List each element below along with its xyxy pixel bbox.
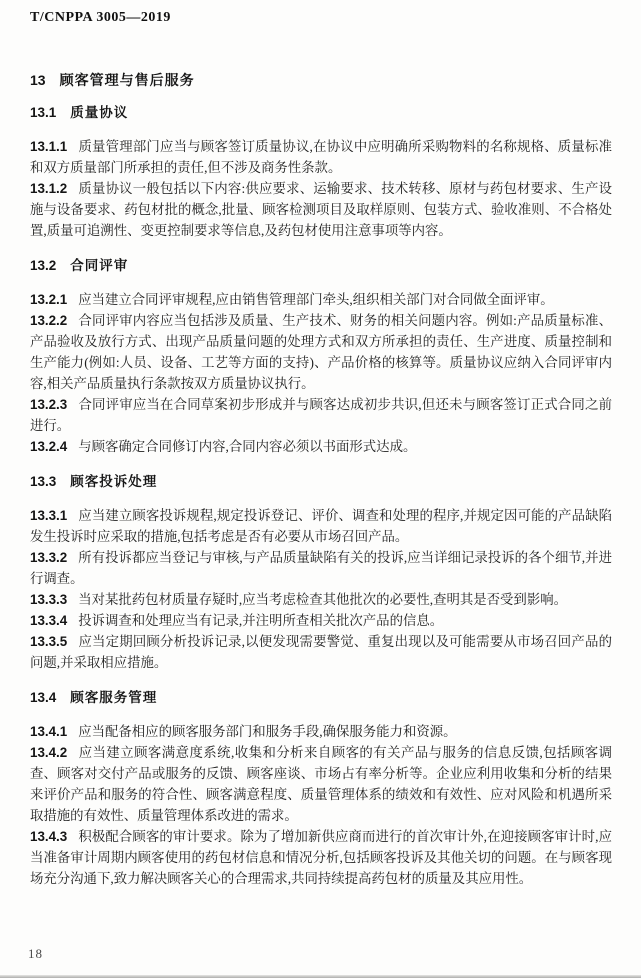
section-quality-agreement: 13.1质量协议 13.1.1质量管理部门应当与顾客签订质量协议,在协议中应明确… [30, 105, 612, 241]
clause-number: 13.3.4 [30, 613, 78, 628]
clause: 13.4.1应当配备相应的顾客服务部门和服务手段,确保服务能力和资源。 [30, 721, 612, 742]
clause-number: 13.3.5 [30, 634, 78, 649]
section-number: 13.3 [30, 474, 70, 489]
section-heading: 13.1质量协议 [30, 105, 612, 121]
section-number: 13.2 [30, 258, 70, 273]
clause-number: 13.3.3 [30, 592, 78, 607]
chapter-title: 顾客管理与售后服务 [60, 72, 195, 88]
document-page: T/CNPPA 3005—2019 13顾客管理与售后服务 13.1质量协议 1… [0, 0, 641, 978]
clause: 13.3.4投诉调查和处理应当有记录,并注明所查相关批次产品的信息。 [30, 610, 612, 631]
page-number: 18 [28, 946, 43, 962]
clause: 13.1.1质量管理部门应当与顾客签订质量协议,在协议中应明确所采购物料的名称规… [30, 136, 612, 178]
clause-text: 当对某批药包材质量存疑时,应当考虑检查其他批次的必要性,查明其是否受到影响。 [78, 592, 567, 607]
section-customer-complaints: 13.3顾客投诉处理 13.3.1应当建立顾客投诉规程,规定投诉登记、评价、调查… [30, 474, 612, 673]
clause: 13.3.2所有投诉都应当登记与审核,与产品质量缺陷有关的投诉,应当详细记录投诉… [30, 547, 612, 589]
clause-text: 应当建立合同评审规程,应由销售管理部门牵头,组织相关部门对合同做全面评审。 [78, 292, 553, 307]
clause-text: 积极配合顾客的审计要求。除为了增加新供应商而进行的首次审计外,在迎接顾客审计时,… [30, 829, 612, 886]
clause-text: 应当建立顾客满意度系统,收集和分析来自顾客的有关产品与服务的信息反馈,包括顾客调… [30, 745, 612, 823]
clause-text: 应当建立顾客投诉规程,规定投诉登记、评价、调查和处理的程序,并规定因可能的产品缺… [30, 508, 612, 544]
clause-text: 合同评审内容应当包括涉及质量、生产技术、财务的相关问题内容。例如:产品质量标准、… [30, 313, 612, 391]
section-number: 13.4 [30, 690, 70, 705]
section-customer-service: 13.4顾客服务管理 13.4.1应当配备相应的顾客服务部门和服务手段,确保服务… [30, 690, 612, 889]
clause-text: 与顾客确定合同修订内容,合同内容必须以书面形式达成。 [78, 439, 416, 454]
clause: 13.3.3当对某批药包材质量存疑时,应当考虑检查其他批次的必要性,查明其是否受… [30, 589, 612, 610]
section-heading: 13.2合同评审 [30, 258, 612, 274]
clause-text: 应当配备相应的顾客服务部门和服务手段,确保服务能力和资源。 [78, 724, 456, 739]
section-title: 顾客投诉处理 [70, 474, 157, 489]
clause-number: 13.2.1 [30, 292, 78, 307]
clause: 13.4.3积极配合顾客的审计要求。除为了增加新供应商而进行的首次审计外,在迎接… [30, 826, 612, 889]
clause-number: 13.1.2 [30, 181, 78, 196]
clause: 13.1.2质量协议一般包括以下内容:供应要求、运输要求、技术转移、原材与药包材… [30, 178, 612, 241]
section-heading: 13.3顾客投诉处理 [30, 474, 612, 490]
chapter-number: 13 [30, 72, 60, 88]
clause-text: 质量协议一般包括以下内容:供应要求、运输要求、技术转移、原材与药包材要求、生产设… [30, 181, 612, 238]
clause-number: 13.4.2 [30, 745, 78, 760]
clause-number: 13.2.3 [30, 397, 78, 412]
clause-text: 投诉调查和处理应当有记录,并注明所查相关批次产品的信息。 [78, 613, 443, 628]
clause-text: 合同评审应当在合同草案初步形成并与顾客达成初步共识,但还未与顾客签订正式合同之前… [30, 397, 612, 433]
clause: 13.4.2应当建立顾客满意度系统,收集和分析来自顾客的有关产品与服务的信息反馈… [30, 742, 612, 826]
document-code: T/CNPPA 3005—2019 [30, 10, 612, 26]
clause-number: 13.2.4 [30, 439, 78, 454]
section-title: 质量协议 [70, 105, 128, 120]
clause: 13.2.4与顾客确定合同修订内容,合同内容必须以书面形式达成。 [30, 436, 612, 457]
clause-number: 13.3.2 [30, 550, 78, 565]
clause: 13.3.1应当建立顾客投诉规程,规定投诉登记、评价、调查和处理的程序,并规定因… [30, 505, 612, 547]
clause: 13.2.3合同评审应当在合同草案初步形成并与顾客达成初步共识,但还未与顾客签订… [30, 394, 612, 436]
clause-number: 13.4.3 [30, 829, 78, 844]
clause-text: 所有投诉都应当登记与审核,与产品质量缺陷有关的投诉,应当详细记录投诉的各个细节,… [30, 550, 612, 586]
section-heading: 13.4顾客服务管理 [30, 690, 612, 706]
clause: 13.2.2合同评审内容应当包括涉及质量、生产技术、财务的相关问题内容。例如:产… [30, 310, 612, 394]
section-contract-review: 13.2合同评审 13.2.1应当建立合同评审规程,应由销售管理部门牵头,组织相… [30, 258, 612, 457]
clause: 13.2.1应当建立合同评审规程,应由销售管理部门牵头,组织相关部门对合同做全面… [30, 289, 612, 310]
clause: 13.3.5应当定期回顾分析投诉记录,以便发现需要警觉、重复出现以及可能需要从市… [30, 631, 612, 673]
clause-text: 应当定期回顾分析投诉记录,以便发现需要警觉、重复出现以及可能需要从市场召回产品的… [30, 634, 612, 670]
clause-number: 13.4.1 [30, 724, 78, 739]
section-title: 合同评审 [70, 258, 128, 273]
section-title: 顾客服务管理 [70, 690, 157, 705]
clause-number: 13.2.2 [30, 313, 78, 328]
clause-text: 质量管理部门应当与顾客签订质量协议,在协议中应明确所采购物料的名称规格、质量标准… [30, 139, 612, 175]
chapter-heading: 13顾客管理与售后服务 [30, 72, 612, 88]
clause-number: 13.3.1 [30, 508, 78, 523]
clause-number: 13.1.1 [30, 139, 78, 154]
section-number: 13.1 [30, 105, 70, 120]
